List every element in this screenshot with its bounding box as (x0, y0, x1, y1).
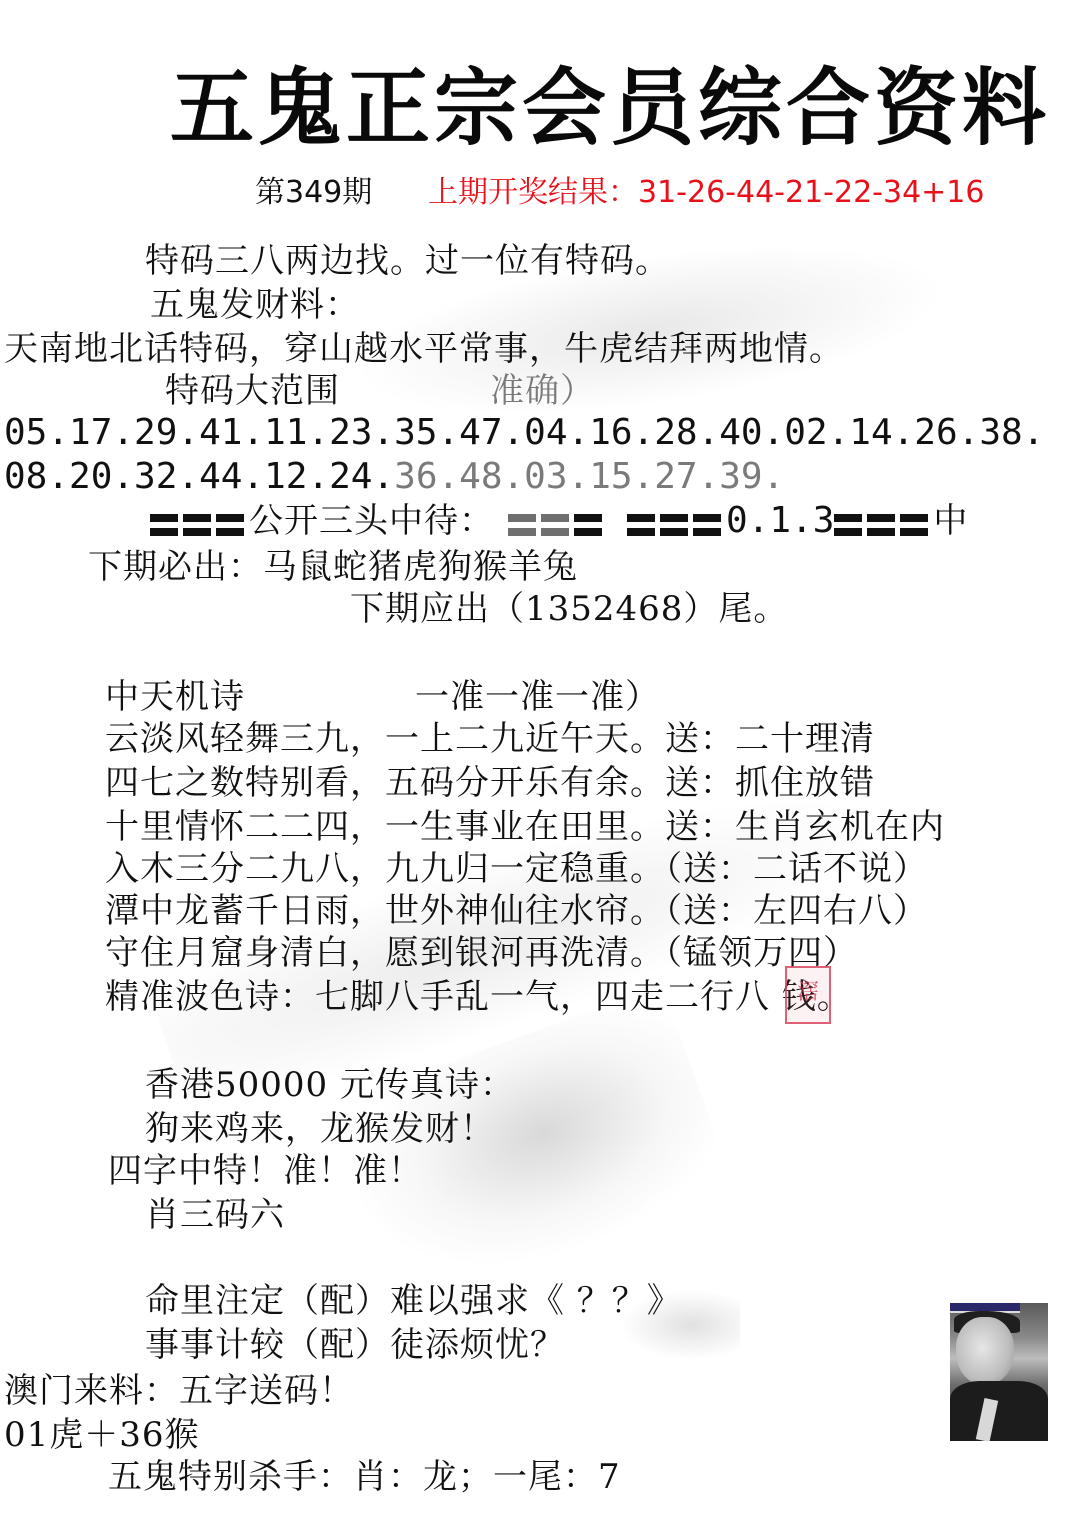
block-decoration (627, 502, 726, 544)
fate-line: 事事计较（配）徒添烦忧？ (145, 1324, 565, 1366)
killer-line: 五鬼特别杀手：肖：龙；一尾：7 (108, 1456, 621, 1498)
block-decoration (150, 502, 249, 544)
hk-line: 肖三码六 (145, 1194, 285, 1236)
fate-line: 命里注定（配）难以强求《 ？？》 (145, 1280, 682, 1322)
last-result-label: 上期开奖结果： (428, 175, 638, 210)
macau-heading: 澳门来料：五字送码！ (4, 1370, 354, 1412)
poem-title-note: 一准一准一准） (415, 677, 660, 717)
poem-heading: 中天机诗一准一准一准） (105, 676, 660, 718)
must-zodiacs: 马鼠蛇猪虎狗猴羊兔 (263, 547, 578, 587)
hk-heading: 香港50000 元传真诗： (145, 1064, 515, 1106)
range-numbers-part-faded: 36.48.03.15.27.39. (394, 456, 784, 497)
range-numbers-row: 05.17.29.41.11.23.35.47.04.16.28.40.02.1… (4, 412, 1044, 454)
intro-heading: 五鬼发财料： (150, 284, 360, 326)
poem-line: 潭中龙蓄千日雨，世外神仙往水帘。（送：左四右八） (105, 890, 928, 932)
hk-line: 四字中特！准！准！ (108, 1150, 423, 1192)
block-decoration (834, 502, 933, 544)
three-heads-line: 公开三头中待：0.1.3中 (150, 500, 968, 544)
poem-line: 十里情怀二二四，一生事业在田里。送：生肖玄机在内 (105, 806, 945, 848)
range-numbers-part: 08.20.32.44.12.24. (4, 456, 394, 497)
poem-line: 守住月窟身清白，愿到银河再洗清。（锰领万四） (105, 932, 858, 974)
last-draw-result: 上期开奖结果：31-26-44-21-22-34+16 (428, 170, 984, 216)
three-heads-label: 公开三头中待： (249, 501, 494, 541)
hk-line: 狗来鸡来，龙猴发财！ (145, 1108, 495, 1150)
must-appear-line: 下期必出：马鼠蛇猪虎狗猴羊兔 (88, 546, 578, 588)
issue-number: 第349期 (255, 170, 372, 216)
red-seal-stamp: 滘 (785, 966, 831, 1024)
portrait-photo (950, 1303, 1048, 1441)
must-label: 下期必出： (88, 547, 263, 587)
tails-line: 下期应出（1352468）尾。 (350, 588, 788, 630)
intro-line: 特码三八两边找。过一位有特码。 (145, 240, 670, 282)
range-note: 准确） (490, 371, 595, 411)
macau-codes: 01虎＋36猴 (4, 1414, 200, 1456)
range-heading: 特码大范围准确） (165, 370, 595, 412)
three-heads-value: 0.1.3 (726, 500, 834, 541)
last-result-numbers: 31-26-44-21-22-34+16 (638, 175, 984, 210)
range-numbers-row: 08.20.32.44.12.24.36.48.03.15.27.39. (4, 456, 784, 498)
poem-title: 中天机诗 (105, 677, 245, 717)
three-heads-suffix: 中 (933, 501, 968, 541)
poem-line-color: 精准波色诗：七脚八手乱一气，四走二行八 钱。 (105, 976, 852, 1018)
block-decoration (508, 502, 607, 544)
poem-line: 入木三分二九八，九九归一定稳重。（送：二话不说） (105, 848, 928, 890)
poem-line: 四七之数特别看，五码分开乐有余。送：抓住放错 (105, 762, 875, 804)
range-label: 特码大范围 (165, 371, 340, 411)
page-title: 五鬼正宗会员综合资料 (170, 58, 1020, 158)
intro-verse: 天南地北话特码，穿山越水平常事，牛虎结拜两地情。 (4, 328, 844, 370)
poem-line: 云淡风轻舞三九，一上二九近午天。送：二十理清 (105, 718, 875, 760)
